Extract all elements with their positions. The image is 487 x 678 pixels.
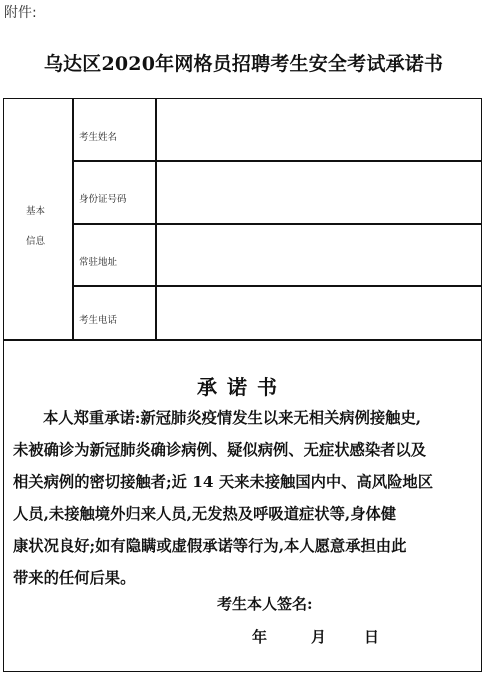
- pledge-line: 带来的任何后果。: [13, 562, 475, 594]
- field-value-address[interactable]: [157, 225, 481, 285]
- table-divider: [72, 99, 74, 340]
- date-year: 年: [252, 626, 267, 647]
- commitment-form-table: 基本 信息 考生姓名 身份证号码 常驻地址 考生电话 承诺书 本人郑重承诺:新冠…: [3, 98, 482, 672]
- field-value-id-number[interactable]: [157, 162, 481, 223]
- field-value-name[interactable]: [157, 99, 481, 160]
- pledge-line: 本人郑重承诺:新冠肺炎疫情发生以来无相关病例接触史,: [13, 402, 475, 434]
- date-month: 月: [311, 626, 326, 647]
- attachment-label: 附件:: [4, 2, 37, 22]
- pledge-paragraph: 本人郑重承诺:新冠肺炎疫情发生以来无相关病例接触史, 未被确诊为新冠肺炎确诊病例…: [13, 402, 475, 594]
- field-label-phone: 考生电话: [79, 312, 117, 326]
- pledge-line: 未被确诊为新冠肺炎确诊病例、疑似病例、无症状感染者以及: [13, 434, 475, 466]
- document-title: 乌达区2020年网格员招聘考生安全考试承诺书: [0, 49, 487, 76]
- section-label-basic: 基本: [26, 203, 45, 217]
- section-label-info: 信息: [26, 233, 45, 247]
- pledge-heading: 承诺书: [4, 371, 480, 400]
- table-divider: [4, 339, 482, 341]
- pledge-line: 康状况良好;如有隐瞒或虚假承诺等行为,本人愿意承担由此: [13, 530, 475, 562]
- signature-label: 考生本人签名:: [217, 593, 313, 614]
- field-label-id-number: 身份证号码: [79, 191, 127, 205]
- pledge-line: 人员,未接触境外归来人员,无发热及呼吸道症状等,身体健: [13, 498, 475, 530]
- date-day: 日: [364, 626, 379, 647]
- field-value-phone[interactable]: [157, 287, 481, 339]
- field-label-name: 考生姓名: [79, 129, 117, 143]
- field-label-address: 常驻地址: [79, 254, 117, 268]
- pledge-line: 相关病例的密切接触者;近 14 天来未接触国内中、高风险地区: [13, 466, 475, 498]
